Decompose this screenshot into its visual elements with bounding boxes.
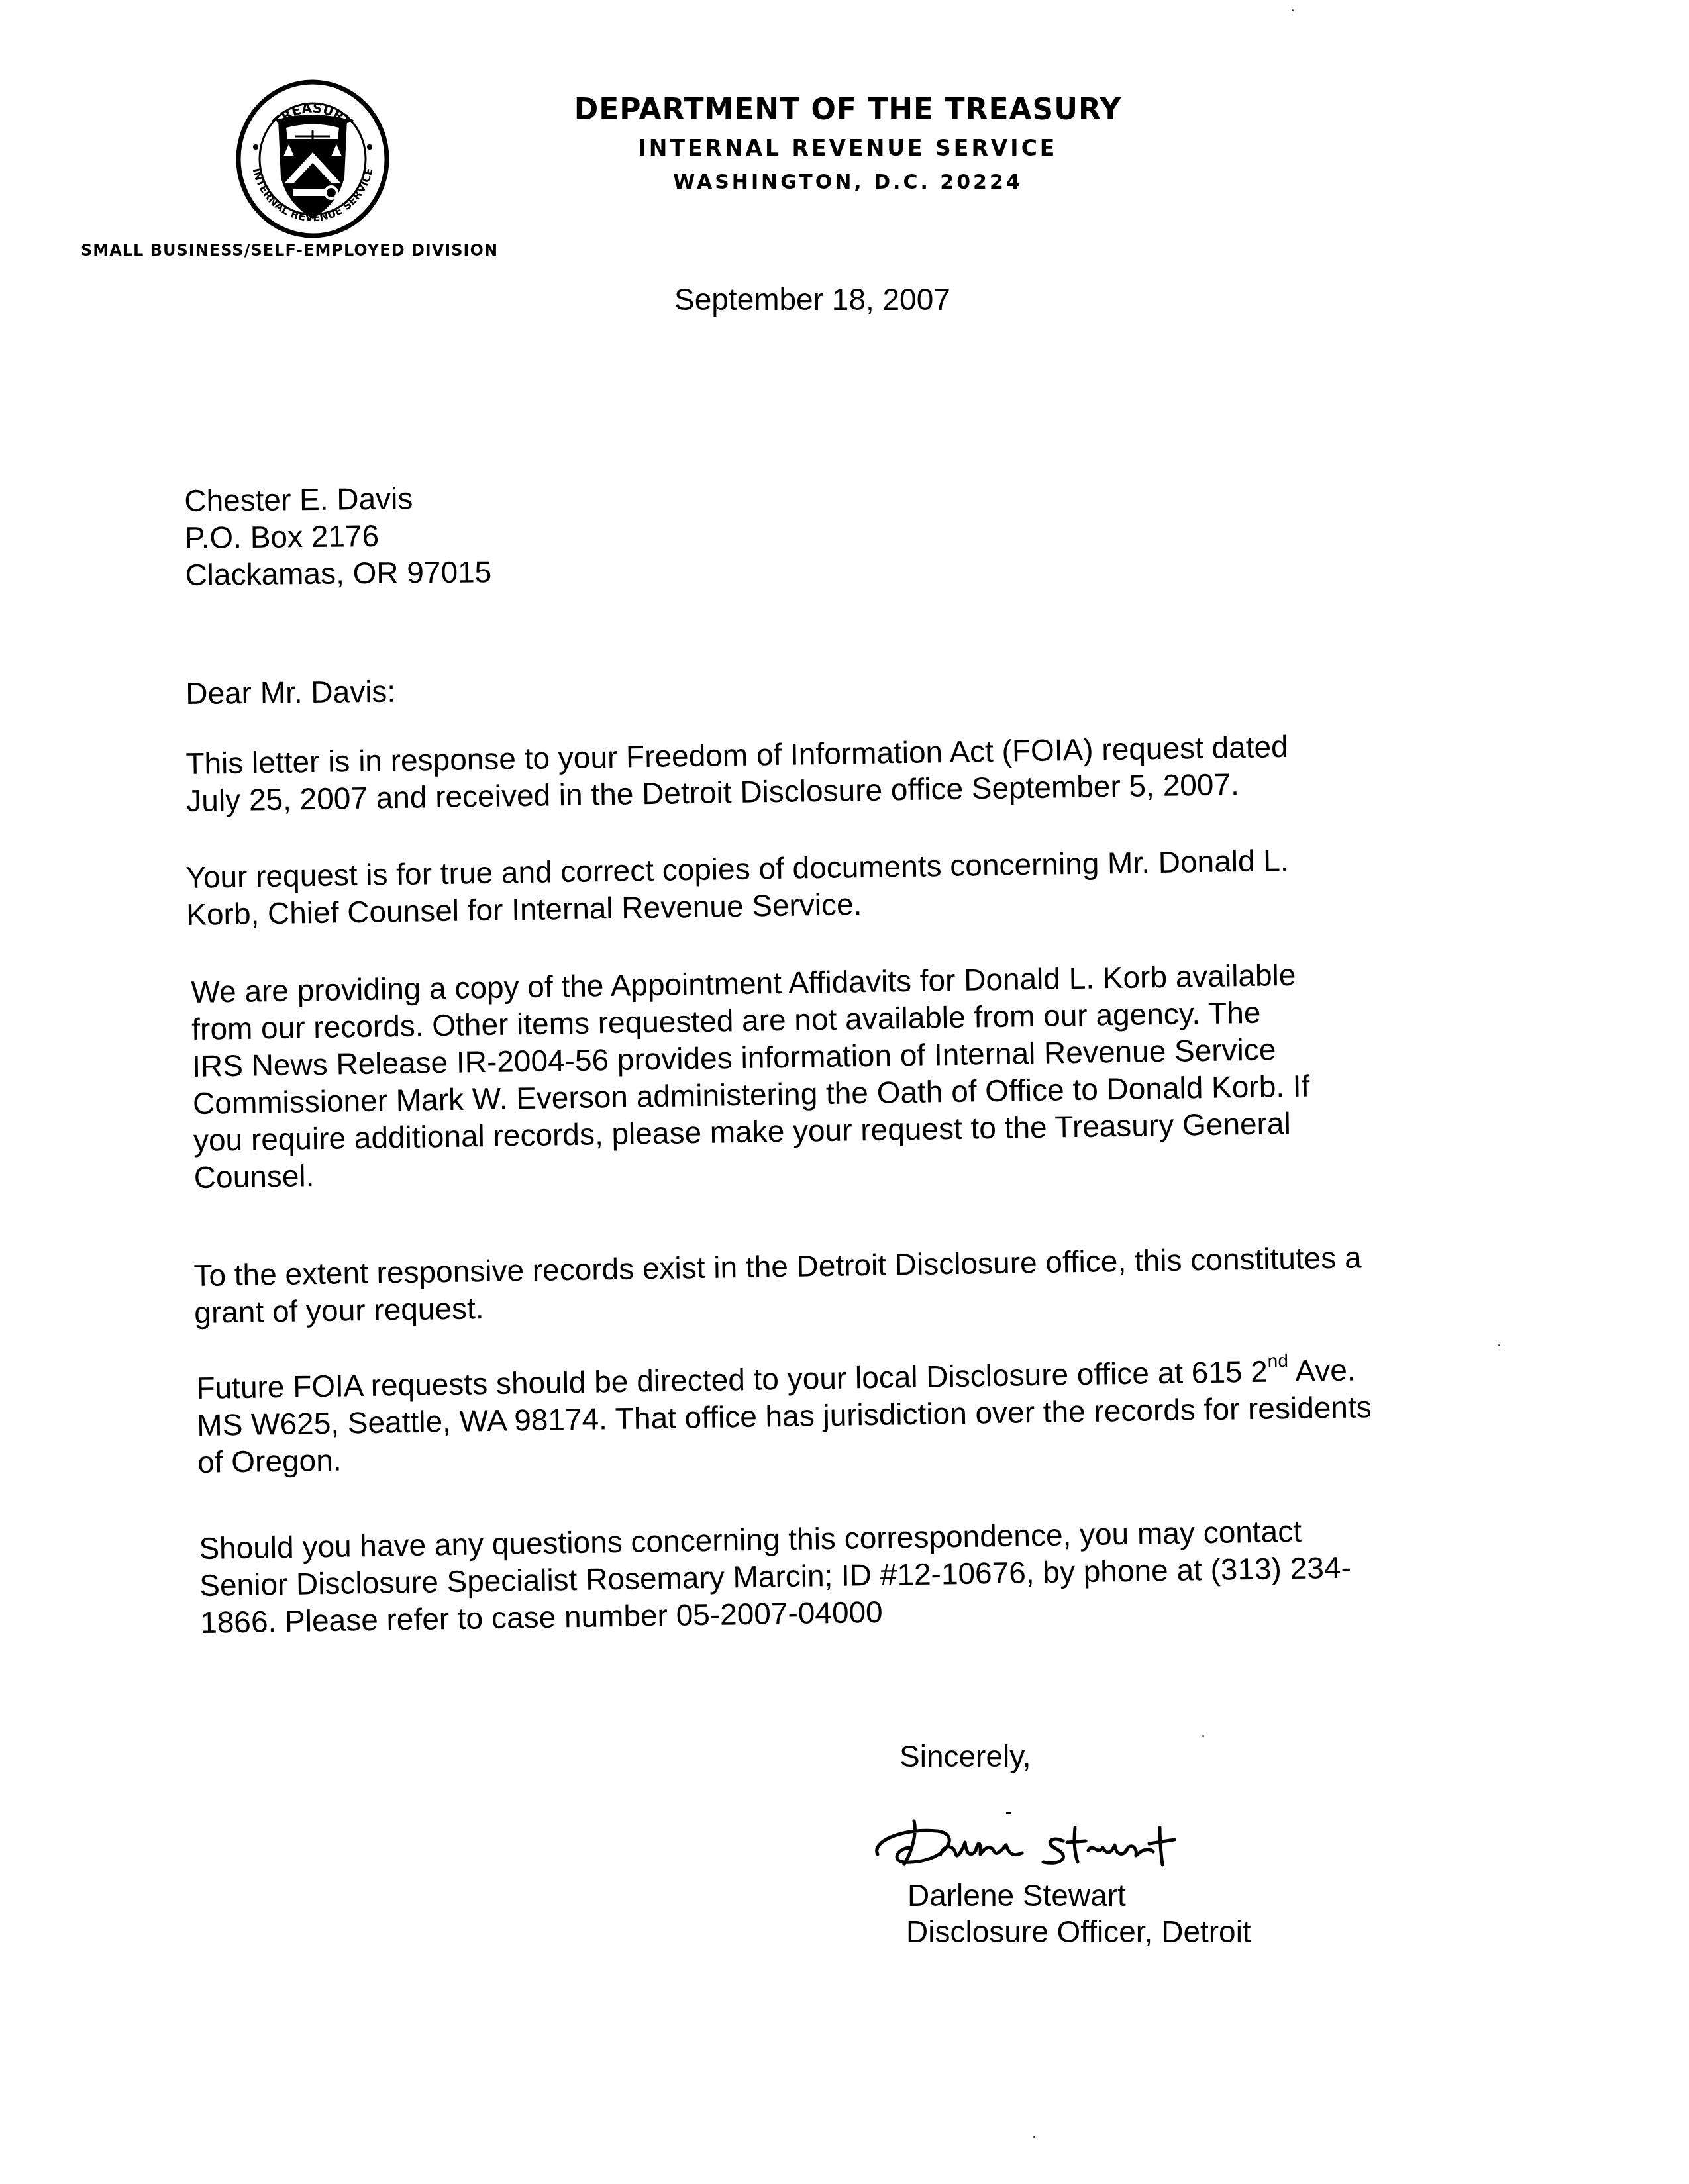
recipient-address-line2: Clackamas, OR 97015: [185, 553, 491, 593]
letter-date: September 18, 2007: [674, 281, 950, 317]
scan-speck: [1498, 1344, 1500, 1346]
recipient-address-line1: P.O. Box 2176: [185, 516, 491, 556]
agency-location: WASHINGTON, D.C. 20224: [517, 171, 1179, 194]
signature-icon: [864, 1801, 1209, 1874]
recipient-name: Chester E. Davis: [184, 479, 491, 519]
closing: Sincerely,: [899, 1738, 1031, 1774]
department-name: DEPARTMENT OF THE TREASURY: [517, 93, 1179, 126]
line-text: Ave.: [1288, 1353, 1356, 1389]
scan-speck: [1033, 2136, 1035, 2138]
paragraph-future-requests: Future FOIA requests should be directed …: [196, 1349, 1522, 1481]
treasury-seal-icon: TREASURY INTERNAL REVENUE SERVICE: [232, 78, 394, 240]
paragraph-request-summary: Your request is for true and correct cop…: [185, 838, 1511, 933]
paragraph-contact: Should you have any questions concerning…: [199, 1509, 1525, 1641]
salutation: Dear Mr. Davis:: [185, 673, 396, 711]
paragraph-grant: To the extent responsive records exist i…: [193, 1236, 1519, 1331]
paragraph-foia-response: This letter is in response to your Freed…: [185, 724, 1511, 819]
recipient-address: Chester E. Davis P.O. Box 2176 Clackamas…: [184, 479, 491, 593]
paragraph-records-provided: We are providing a copy of the Appointme…: [191, 953, 1519, 1196]
signer-title: Disclosure Officer, Detroit: [906, 1914, 1251, 1950]
agency-name: INTERNAL REVENUE SERVICE: [517, 135, 1179, 161]
letter-page: TREASURY INTERNAL REVENUE SERVICE DEPART…: [0, 0, 1689, 2184]
ordinal-suffix: nd: [1267, 1350, 1288, 1371]
division-name: SMALL BUSINESS/SELF-EMPLOYED DIVISION: [81, 241, 498, 260]
signer-name: Darlene Stewart: [907, 1877, 1126, 1913]
scan-speck: [1292, 9, 1294, 11]
scan-speck: [1202, 1735, 1204, 1737]
